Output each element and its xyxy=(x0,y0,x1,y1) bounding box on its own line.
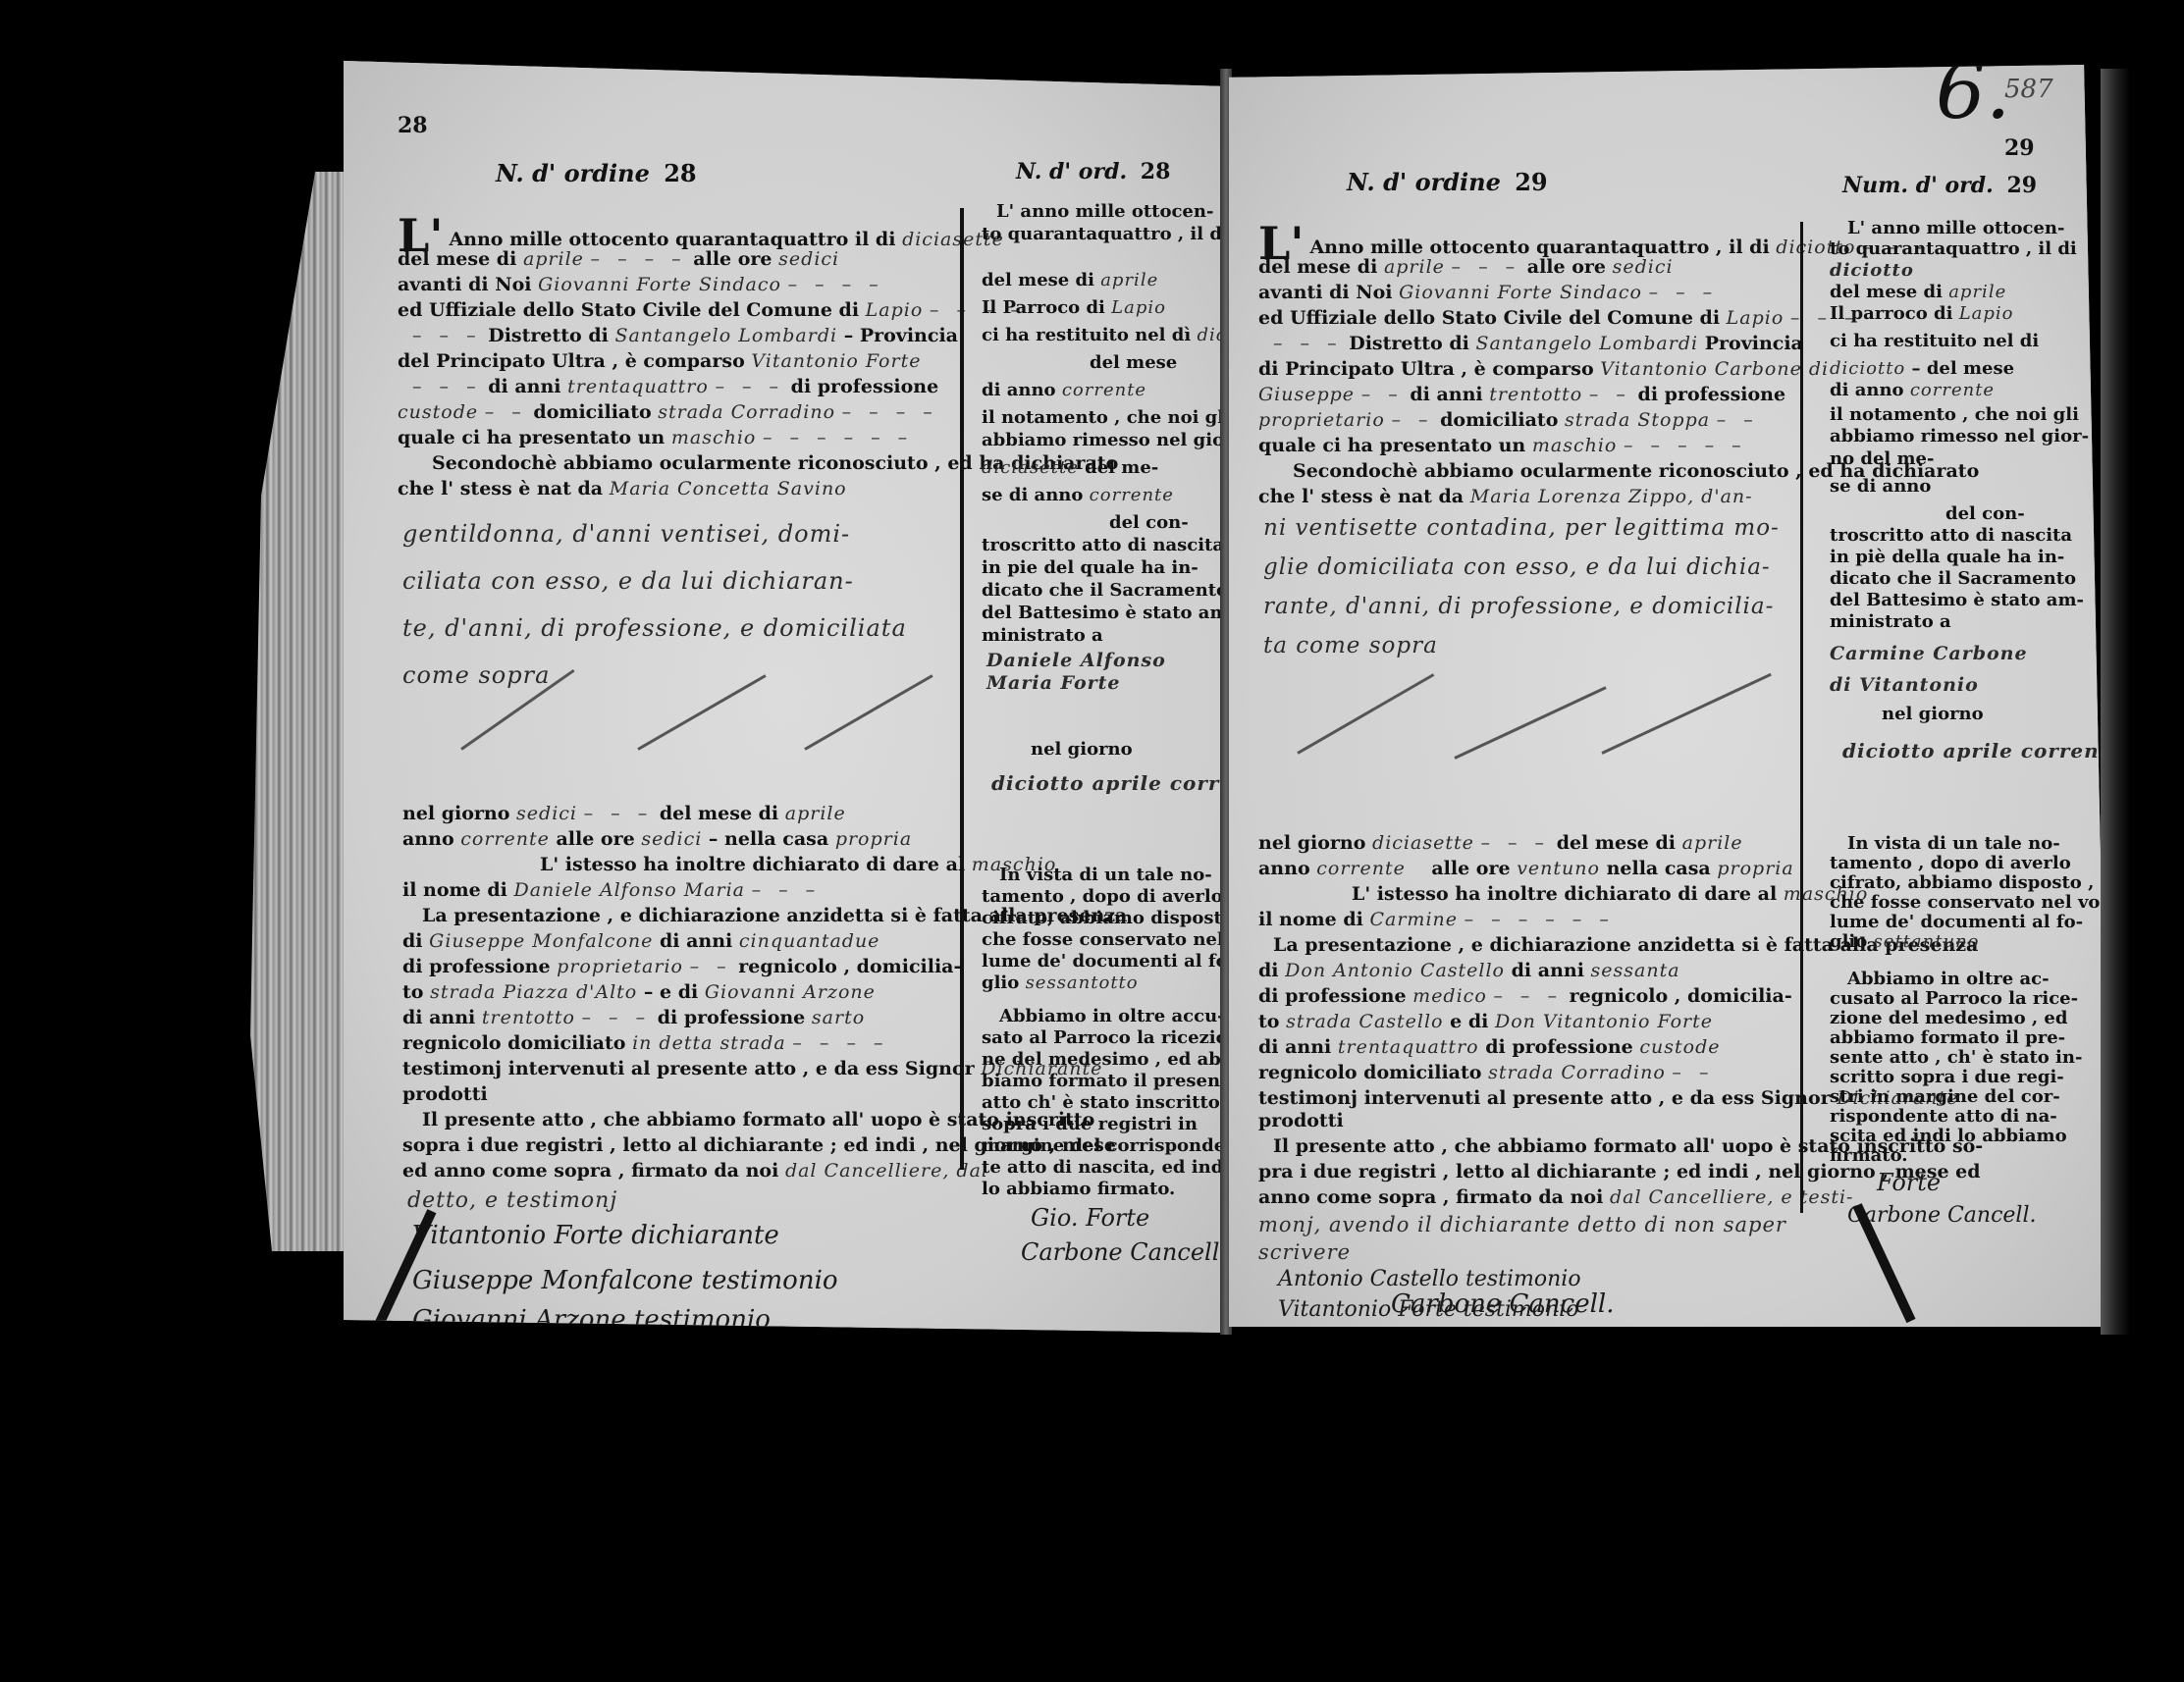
margin-line: glio settantuno xyxy=(1830,930,1980,953)
margin-line: del con- xyxy=(1945,502,2025,525)
margin-line: del mese xyxy=(1090,351,1177,374)
cancel-stroke xyxy=(1297,673,1434,755)
act-line: L' istesso ha inoltre dichiarato di dare… xyxy=(1352,882,1868,907)
page-stack-edge xyxy=(2101,69,2130,1335)
margin-line: atto ch' è stato inscritto xyxy=(982,1091,1220,1114)
page-stack-edge xyxy=(250,172,358,1251)
act-line: anno come sopra , firmato da noi dal Can… xyxy=(1258,1185,1853,1210)
act-line: prodotti xyxy=(1258,1109,1344,1133)
margin-line: In vista di un tale no- xyxy=(999,864,1212,886)
act-line: to strada Piazza d'Alto – e di Giovanni … xyxy=(402,980,876,1005)
handwritten-line: ciliata con esso, e da lui dichiaran- xyxy=(402,569,854,594)
margin-line: se di anno xyxy=(1830,475,1931,498)
act-line: prodotti xyxy=(402,1082,488,1107)
act-line: che l' stess è nat da Maria Lorenza Zipp… xyxy=(1258,485,1753,509)
margin-line: sopra i due registri in xyxy=(982,1113,1198,1135)
act-line: nel giorno diciasette – – – del mese di … xyxy=(1258,831,1743,856)
margin-line: margine del corrisponden- xyxy=(982,1134,1246,1157)
signature-witness: Giuseppe Monfalcone testimonio xyxy=(412,1266,838,1295)
page-number: 29 xyxy=(2004,135,2035,161)
margin-line: Il parroco di Lapio xyxy=(1830,302,2014,325)
act-line: nel giorno sedici – – – del mese di apri… xyxy=(402,802,846,826)
act-line: proprietario – – domiciliato strada Stop… xyxy=(1258,408,1759,433)
margin-line: troscritto atto di nascita xyxy=(1830,524,2072,547)
handwritten-line: scrivere xyxy=(1258,1240,1351,1265)
signature-mayor: Giovanni Forte xyxy=(1337,1326,1529,1355)
act-line: – – – Distretto di Santangelo Lombardi P… xyxy=(1273,332,1803,356)
cancel-stroke xyxy=(637,674,766,751)
act-line: quale ci ha presentato un maschio – – – … xyxy=(398,426,913,450)
margin-line: ci ha restituito nel di xyxy=(1830,330,2039,352)
act-line: del mese di aprile – – – alle ore sedici xyxy=(1258,255,1674,280)
column-divider xyxy=(1800,222,1803,1213)
margin-line: sato al Parroco la ricezio- xyxy=(982,1026,1235,1049)
signature-mayor: Giovanni Forte xyxy=(579,1337,772,1366)
margin-date: diciotto aprile corrente xyxy=(1842,740,2123,762)
handwritten-line: rante, d'anni, di professione, e domicil… xyxy=(1263,595,1774,619)
margin-line: L' anno mille ottocen- xyxy=(1847,217,2064,239)
signature-chancellor: Carbone Cancell. xyxy=(609,1381,832,1410)
margin-line: firmato. xyxy=(1830,1144,1908,1167)
act-line: – – – di anni trentaquattro – – – di pro… xyxy=(412,375,938,399)
margin-line: dicato che il Sacramento xyxy=(982,579,1228,602)
margin-line: in piè della quale ha in- xyxy=(1830,546,2064,568)
margin-line: se di anno corrente xyxy=(982,484,1174,506)
act-line: avanti di Noi Giovanni Forte Sindaco – –… xyxy=(398,273,884,297)
margin-line: il notamento , che noi gli xyxy=(1830,403,2079,426)
act-line: che l' stess è nat da Maria Concetta Sav… xyxy=(398,477,847,501)
margin-line: ministrato a xyxy=(1830,610,1951,633)
margin-line: di anno corrente xyxy=(982,379,1146,401)
handwritten-line: ta come sopra xyxy=(1263,634,1438,658)
margin-line: del mese di aprile xyxy=(982,269,1158,291)
right-page: 6. 587 29 N. d' ordine 29 L'Anno mille o… xyxy=(1229,65,2110,1327)
act-line: di anni trentaquattro di professione cus… xyxy=(1258,1035,1721,1060)
margin-line: in pie del quale ha in- xyxy=(982,556,1199,579)
margin-signature: Forte xyxy=(1877,1169,1941,1196)
margin-line: Abbiamo in oltre accu- xyxy=(999,1005,1225,1027)
cancel-stroke xyxy=(1601,673,1771,755)
act-line: di Don Antonio Castello di anni sessanta xyxy=(1258,959,1680,983)
margin-act-heading: Num. d' ord. 29 xyxy=(1842,173,2037,198)
margin-line: to quarantaquattro , il di xyxy=(1830,237,2077,260)
margin-line: che fosse conservato nel vo- xyxy=(982,928,1259,951)
baptized-name: Carmine Carbone di Vitantonio xyxy=(1830,638,2055,701)
handwritten-line: gentildonna, d'anni ventisei, domi- xyxy=(402,522,850,547)
margin-line: abbiamo rimesso nel gior- xyxy=(1830,425,2089,447)
margin-act-heading: N. d' ord. 28 xyxy=(1016,159,1170,184)
margin-line: diciasette del me- xyxy=(982,456,1158,479)
margin-line: ministrato a xyxy=(982,624,1103,647)
margin-line: abbiamo rimesso nel giorno xyxy=(982,429,1258,451)
margin-line: dicato che il Sacramento xyxy=(1830,567,2076,590)
margin-line: cifrato, abbiamo disposto , xyxy=(982,907,1246,929)
margin-line: del con- xyxy=(1109,511,1189,534)
book-scan: 28 N. d' ordine 28 L'Anno mille ottocent… xyxy=(0,0,2184,1682)
act-line: – – – Distretto di Santangelo Lombardi –… xyxy=(412,324,958,348)
act-line: di anni trentotto – – – di professione s… xyxy=(402,1006,865,1030)
handwritten-line: glie domiciliata con esso, e da lui dich… xyxy=(1263,555,1771,580)
margin-line: lo abbiamo firmato. xyxy=(982,1178,1175,1200)
signature-declarant: Vitantonio Forte dichiarante xyxy=(412,1221,779,1250)
margin-line: il notamento , che noi gli xyxy=(982,406,1231,429)
signature-witness: Giovanni Arzone testimonio xyxy=(412,1305,771,1335)
act-line: il nome di Carmine – – – – – – xyxy=(1258,908,1615,932)
handwritten-line: detto, e testimonj xyxy=(407,1189,617,1214)
act-line: ed Uffiziale dello Stato Civile del Comu… xyxy=(1258,306,1860,331)
column-divider xyxy=(960,208,964,1170)
margin-signature: Carbone Cancell. xyxy=(1847,1203,2037,1228)
baptized-name: Daniele Alfonso Maria Forte xyxy=(986,650,1193,695)
handwritten-line: come sopra xyxy=(402,663,550,688)
page-number: 28 xyxy=(398,113,428,138)
margin-line: lume de' documenti al fo- xyxy=(982,950,1235,972)
act-line: anno corrente alle ore ventuno nella cas… xyxy=(1258,857,1794,881)
margin-line: del Battesimo è stato am- xyxy=(982,602,1236,624)
act-line: avanti di Noi Giovanni Forte Sindaco – –… xyxy=(1258,281,1718,305)
act-line: di Giuseppe Monfalcone di anni cinquanta… xyxy=(402,929,879,954)
margin-line: ne del medesimo , ed ab- xyxy=(982,1048,1228,1071)
act-heading: N. d' ordine 29 xyxy=(1347,168,1548,196)
margin-line: te atto di nascita, ed indi xyxy=(982,1156,1230,1179)
act-line: to strada Castello e di Don Vitantonio F… xyxy=(1258,1010,1713,1034)
margin-line: del mese di aprile xyxy=(1830,281,2006,303)
act-line: ed Uffiziale dello Stato Civile del Comu… xyxy=(398,298,1026,323)
act-line: anno corrente alle ore sedici – nella ca… xyxy=(402,827,912,852)
handwritten-line: te, d'anni, di professione, e domiciliat… xyxy=(402,616,907,641)
margin-line: nel giorno xyxy=(1031,738,1133,761)
act-line: ed anno come sopra , firmato da noi dal … xyxy=(402,1159,988,1183)
act-line: di Principato Ultra , è comparso Vitanto… xyxy=(1258,357,1829,382)
cancel-stroke xyxy=(1454,686,1606,760)
act-heading: N. d' ordine 28 xyxy=(496,159,697,187)
act-line: regnicolo domiciliato strada Corradino –… xyxy=(1258,1061,1714,1085)
folio-mark: 6. xyxy=(1936,45,2010,136)
act-line: il nome di Daniele Alfonso Maria – – – xyxy=(402,878,821,903)
left-page: 28 N. d' ordine 28 L'Anno mille ottocent… xyxy=(344,61,1224,1333)
signature-witness: Antonio Castello testimonio xyxy=(1278,1267,1581,1291)
margin-line: glio sessantotto xyxy=(982,972,1139,994)
margin-line: di anno corrente xyxy=(1830,379,1995,401)
cancel-stroke xyxy=(804,674,932,751)
stamp-number: 587 xyxy=(2004,75,2053,104)
margin-line: diciotto – del mese xyxy=(1830,357,2014,380)
margin-line: biamo formato il presente xyxy=(982,1070,1240,1092)
margin-line: Il Parroco di Lapio xyxy=(982,296,1166,319)
act-line: del mese di aprile – – – – alle ore sedi… xyxy=(398,247,839,272)
act-line: del Principato Ultra , è comparso Vitant… xyxy=(398,349,921,374)
margin-line: troscritto atto di nascita xyxy=(982,534,1224,556)
margin-line: tamento , dopo di averlo xyxy=(982,885,1223,908)
act-line: quale ci ha presentato un maschio – – – … xyxy=(1258,434,1747,458)
act-line: custode – – domiciliato strada Corradino… xyxy=(398,400,938,425)
margin-line: nel giorno xyxy=(1882,703,1984,725)
act-line: L' istesso ha inoltre dichiarato di dare… xyxy=(540,853,1056,877)
margin-signature: Carbone Cancell. xyxy=(1021,1238,1227,1266)
act-line: di professione proprietario – – regnicol… xyxy=(402,955,961,979)
margin-signature: Gio. Forte xyxy=(1031,1204,1149,1232)
margin-line: del Battesimo è stato am- xyxy=(1830,589,2084,611)
margin-line: L' anno mille ottocen- xyxy=(996,200,1213,223)
signature-chancellor: Carbone Cancell. xyxy=(1391,1289,1615,1319)
act-line: regnicolo domiciliato in detta strada – … xyxy=(402,1031,889,1056)
act-line: di professione medico – – – regnicolo , … xyxy=(1258,984,1792,1009)
margin-line: no del me- xyxy=(1830,447,1934,470)
margin-hand: diciotto xyxy=(1830,259,1914,282)
handwritten-line: ni ventisette contadina, per legittima m… xyxy=(1263,516,1780,541)
act-line: Giuseppe – – di anni trentotto – – di pr… xyxy=(1258,383,1785,407)
handwritten-line: monj, avendo il dichiarante detto di non… xyxy=(1258,1213,1786,1237)
